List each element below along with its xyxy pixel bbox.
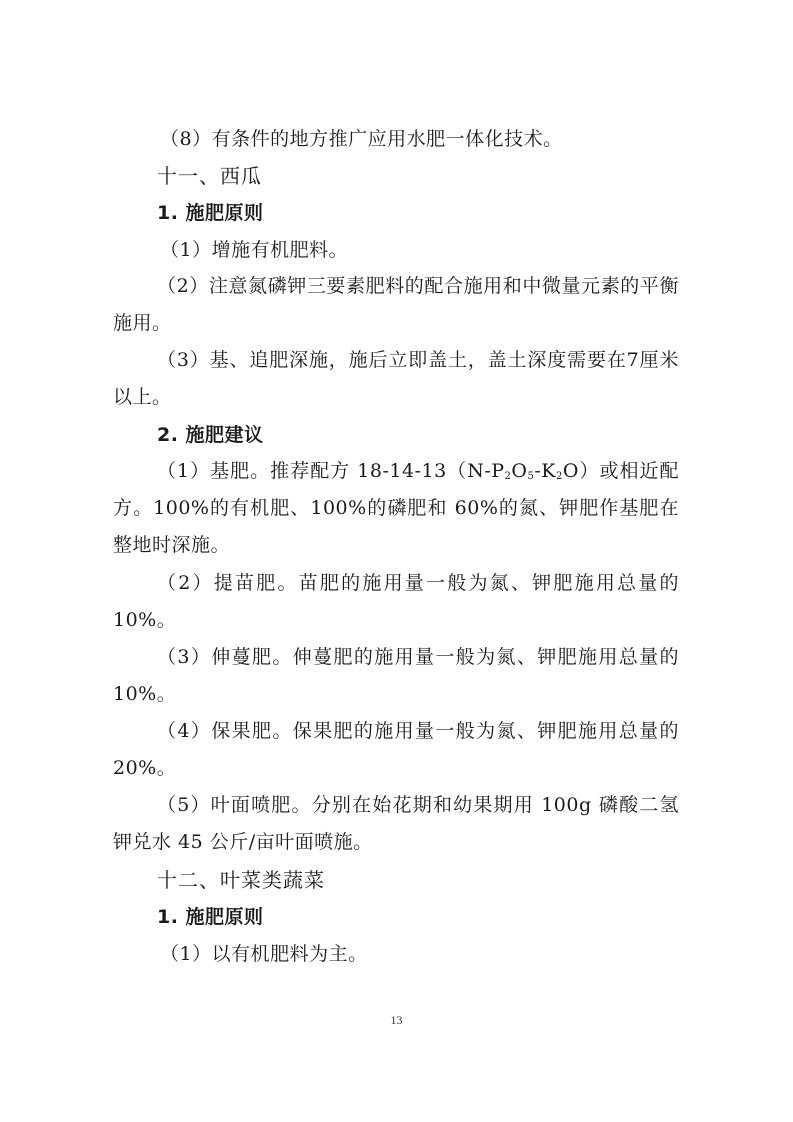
page-number: 13 bbox=[0, 1013, 793, 1028]
section-heading-leafy-vegetables: 十二、叶菜类蔬菜 bbox=[157, 868, 325, 892]
base-fertilizer-text-c: -K bbox=[534, 460, 556, 482]
paragraph-organic-principle: （1）以有机肥料为主。 bbox=[160, 942, 368, 966]
section-heading-watermelon: 十一、西瓜 bbox=[157, 164, 262, 188]
paragraph-vine-fertilizer: （3）伸蔓肥。伸蔓肥的施用量一般为氮、钾肥施用总量的 10%。 bbox=[113, 639, 679, 713]
paragraph-base-fertilizer: （1）基肥。推荐配方 18-14-13（N-P2O5-K2O）或相近配方。100… bbox=[113, 453, 679, 564]
subscript: 2 bbox=[556, 471, 563, 482]
document-page: （8）有条件的地方推广应用水肥一体化技术。 十一、西瓜 1. 施肥原则 （1）增… bbox=[0, 0, 793, 1122]
base-fertilizer-text-a: （1）基肥。推荐配方 18-14-13（N-P bbox=[157, 460, 505, 482]
paragraph-fruit-fertilizer: （4）保果肥。保果肥的施用量一般为氮、钾肥施用总量的 20%。 bbox=[113, 713, 679, 787]
subsection-heading-suggestions: 2. 施肥建议 bbox=[157, 423, 264, 447]
base-fertilizer-text-b: O bbox=[511, 460, 527, 482]
paragraph-principle-2: （2）注意氮磷钾三要素肥料的配合施用和中微量元素的平衡施用。 bbox=[113, 268, 679, 342]
paragraph-item-8-water-fertilizer: （8）有条件的地方推广应用水肥一体化技术。 bbox=[160, 127, 563, 151]
paragraph-principle-1: （1）增施有机肥料。 bbox=[160, 238, 348, 262]
paragraph-principle-3: （3）基、追肥深施，施后立即盖土，盖土深度需要在7厘米以上。 bbox=[113, 342, 679, 416]
subsection-heading-principles: 1. 施肥原则 bbox=[157, 201, 264, 225]
subsection-heading-principles-2: 1. 施肥原则 bbox=[157, 905, 264, 929]
paragraph-seedling-fertilizer: （2）提苗肥。苗肥的施用量一般为氮、钾肥施用总量的10%。 bbox=[113, 565, 679, 639]
paragraph-foliar-fertilizer: （5）叶面喷肥。分别在始花期和幼果期用 100g 磷酸二氢钾兑水 45 公斤/亩… bbox=[113, 787, 679, 861]
